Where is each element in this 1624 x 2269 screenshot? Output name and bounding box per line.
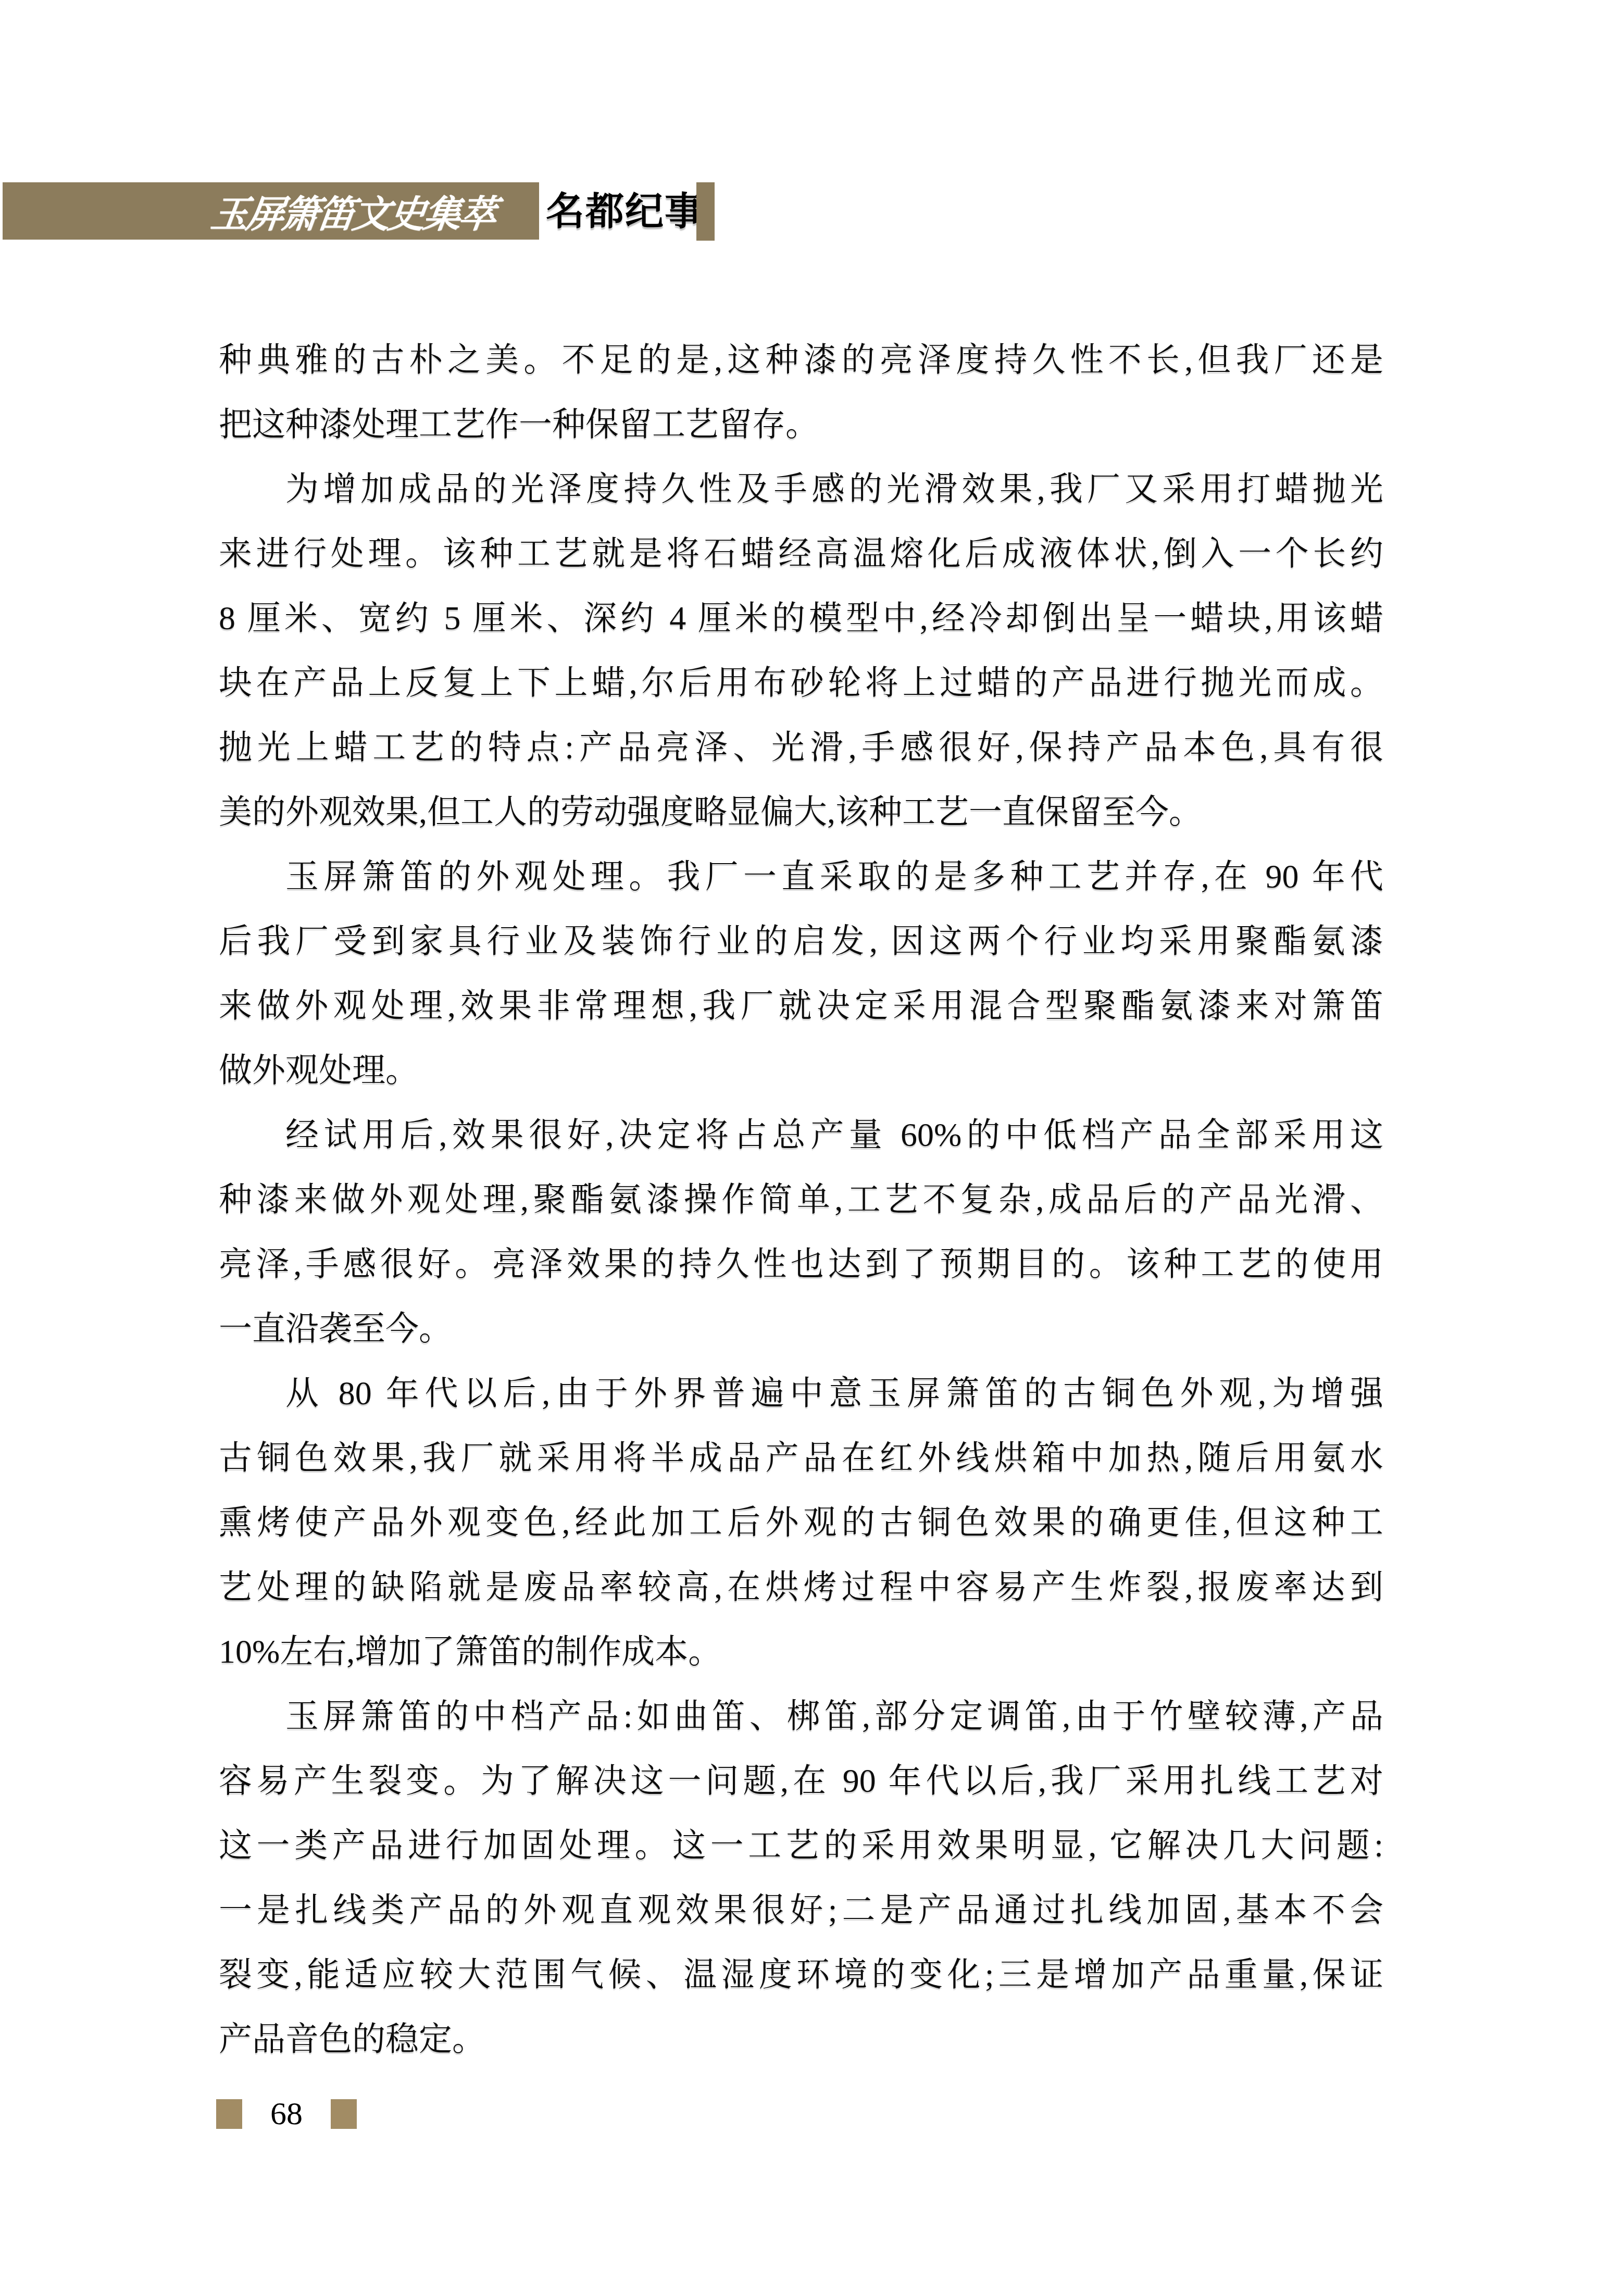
header-section-title: 名都纪事 — [546, 183, 704, 241]
text-line: 艺处理的缺陷就是废品率较高,在烘烤过程中容易产生炸裂,报废率达到 — [219, 1555, 1383, 1619]
header-banner: 玉屏箫笛文史集萃 — [3, 182, 539, 240]
text-line: 裂变,能适应较大范围气候、温湿度环境的变化;三是增加产品重量,保证 — [219, 1942, 1383, 2007]
text-line: 做外观处理。 — [219, 1038, 1383, 1103]
text-line: 熏烤使产品外观变色,经此加工后外观的古铜色效果的确更佳,但这种工 — [219, 1490, 1383, 1555]
text-line: 块在产品上反复上下上蜡,尔后用布砂轮将上过蜡的产品进行抛光而成。 — [219, 651, 1383, 715]
text-line: 古铜色效果,我厂就采用将半成品产品在红外线烘箱中加热,随后用氨水 — [219, 1426, 1383, 1490]
page-footer: 68 — [216, 2099, 357, 2129]
text-line: 10%左右,增加了箫笛的制作成本。 — [219, 1619, 1383, 1684]
text-line: 种漆来做外观处理,聚酯氨漆操作简单,工艺不复杂,成品后的产品光滑、 — [219, 1167, 1383, 1232]
text-line: 经试用后,效果很好,决定将占总产量 60%的中低档产品全部采用这 — [219, 1103, 1383, 1167]
banner-calligraphy-title: 玉屏箫笛文史集萃 — [208, 184, 498, 238]
text-line: 把这种漆处理工艺作一种保留工艺留存。 — [219, 392, 1383, 457]
text-line: 种典雅的古朴之美。不足的是,这种漆的亮泽度持久性不长,但我厂还是 — [219, 328, 1383, 392]
text-line: 玉屏箫笛的外观处理。我厂一直采取的是多种工艺并存,在 90 年代 — [219, 844, 1383, 909]
footer-left-square — [216, 2099, 242, 2129]
text-line: 来做外观处理,效果非常理想,我厂就决定采用混合型聚酯氨漆来对箫笛 — [219, 974, 1383, 1038]
page: 玉屏箫笛文史集萃 名都纪事 种典雅的古朴之美。不足的是,这种漆的亮泽度持久性不长… — [0, 0, 1624, 2269]
text-line: 从 80 年代以后,由于外界普遍中意玉屏箫笛的古铜色外观,为增强 — [219, 1361, 1383, 1426]
text-line: 这一类产品进行加固处理。这一工艺的采用效果明显, 它解决几大问题: — [219, 1813, 1383, 1878]
text-line: 亮泽,手感很好。亮泽效果的持久性也达到了预期目的。该种工艺的使用 — [219, 1232, 1383, 1296]
text-line: 产品音色的稳定。 — [219, 2007, 1383, 2072]
text-line: 后我厂受到家具行业及装饰行业的启发, 因这两个行业均采用聚酯氨漆 — [219, 909, 1383, 974]
text-line: 一是扎线类产品的外观直观效果很好;二是产品通过扎线加固,基本不会 — [219, 1878, 1383, 1942]
page-number: 68 — [242, 2099, 331, 2129]
text-line: 玉屏箫笛的中档产品:如曲笛、梆笛,部分定调笛,由于竹壁较薄,产品 — [219, 1684, 1383, 1749]
text-line: 8 厘米、宽约 5 厘米、深约 4 厘米的模型中,经冷却倒出呈一蜡块,用该蜡 — [219, 586, 1383, 651]
text-line: 来进行处理。该种工艺就是将石蜡经高温熔化后成液体状,倒入一个长约 — [219, 521, 1383, 586]
footer-right-square — [331, 2099, 357, 2129]
text-line: 一直沿袭至今。 — [219, 1296, 1383, 1361]
text-line: 美的外观效果,但工人的劳动强度略显偏大,该种工艺一直保留至今。 — [219, 780, 1383, 844]
text-line: 容易产生裂变。为了解决这一问题,在 90 年代以后,我厂采用扎线工艺对 — [219, 1749, 1383, 1813]
body-text: 种典雅的古朴之美。不足的是,这种漆的亮泽度持久性不长,但我厂还是把这种漆处理工艺… — [219, 328, 1383, 2072]
text-line: 抛光上蜡工艺的特点:产品亮泽、光滑,手感很好,保持产品本色,具有很 — [219, 715, 1383, 780]
header-accent-bar — [696, 182, 715, 241]
text-line: 为增加成品的光泽度持久性及手感的光滑效果,我厂又采用打蜡抛光 — [219, 457, 1383, 521]
